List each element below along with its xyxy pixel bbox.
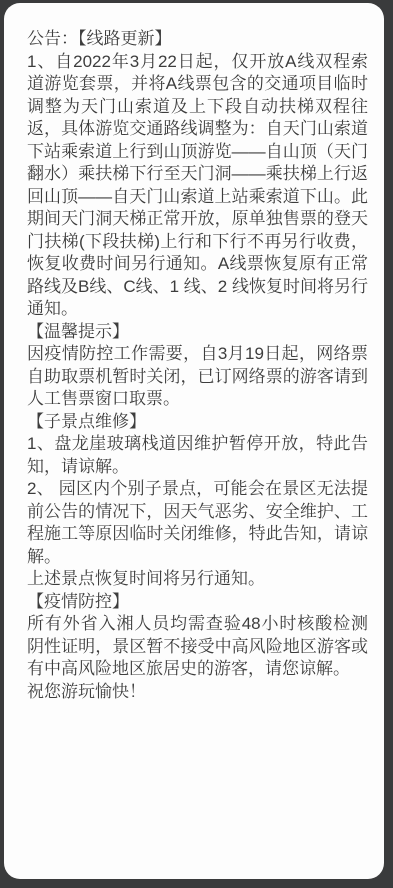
app-screen: { "modal": { "title": "公告：【线路更新】", "sect… [0, 0, 393, 888]
maintenance-heading: 【子景点维修】 [27, 411, 368, 434]
maintenance-item-1: 1、盘龙崖玻璃栈道因维护暂停开放，特此告知，请谅解。 [27, 433, 368, 478]
covid-body: 所有外省入湘人员均需查验48小时核酸检测阴性证明，景区暂不接受中高风险地区游客或… [27, 613, 368, 681]
route-update-body: 1、自2022年3月22日起，仅开放A线双程索道游览套票，并将A线票包含的交通项… [27, 51, 368, 321]
closing: 祝您游玩愉快！ [27, 681, 368, 704]
tips-body: 因疫情防控工作需要，自3月19日起，网络票自助取票机暂时关闭，已订网络票的游客请… [27, 343, 368, 411]
dim-overlay-backdrop[interactable]: 公告：【线路更新】 1、自2022年3月22日起，仅开放A线双程索道游览套票，并… [0, 0, 393, 888]
notice-title: 公告：【线路更新】 [27, 28, 368, 51]
maintenance-note: 上述景点恢复时间将另行通知。 [27, 568, 368, 591]
announcement-modal[interactable]: 公告：【线路更新】 1、自2022年3月22日起，仅开放A线双程索道游览套票，并… [4, 3, 384, 879]
tips-heading: 【温馨提示】 [27, 321, 368, 344]
maintenance-item-2: 2、 园区内个别子景点，可能会在景区无法提前公告的情况下，因天气恶劣、安全维护、… [27, 478, 368, 568]
covid-heading: 【疫情防控】 [27, 591, 368, 614]
